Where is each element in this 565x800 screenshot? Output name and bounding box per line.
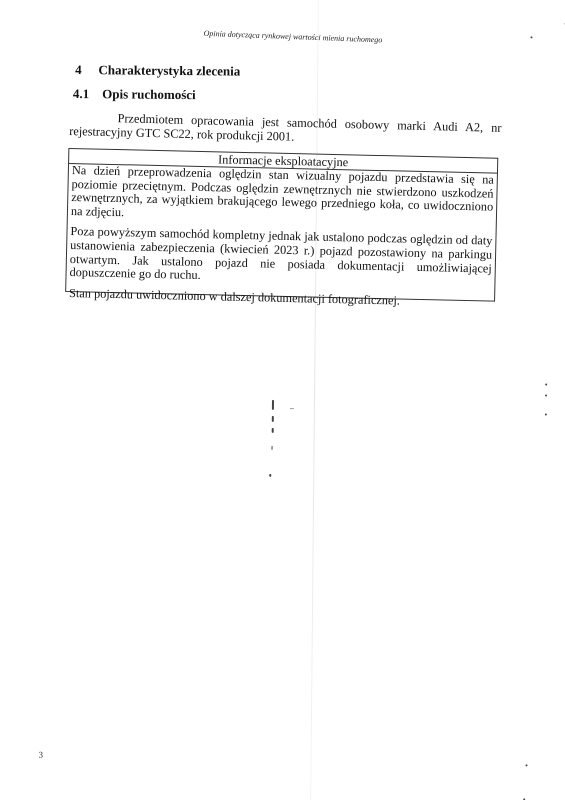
subsection-number: 4.1 [73,86,99,102]
info-paragraph: Na dzień przeprowadzenia oględzin stan w… [71,164,494,228]
info-paragraph: Poza powyższym samochód kompletny jednak… [69,225,492,289]
subsection-heading: 4.1 Opis ruchomości [73,86,196,103]
scan-artifact [272,416,274,422]
scan-artifact [545,414,547,416]
section-number: 4 [75,62,95,78]
info-box-body: Na dzień przeprowadzenia oględzin stan w… [66,164,497,310]
info-box: Informacje eksploatacyjne Na dzień przep… [65,148,498,302]
scan-artifact [530,36,532,38]
intro-text: Przedmiotem opracowania jest samochód os… [69,111,502,143]
running-header: Opinia dotycząca rynkowej wartości mieni… [203,29,382,45]
scan-artifact [272,428,274,433]
info-paragraph: Stan pojazdu uwidoczniono w dalszej doku… [69,287,491,310]
scan-artifact [269,474,271,477]
paragraph-indent [69,121,117,122]
section-title: Charakterystyka zlecenia [98,62,240,78]
document-page: Opinia dotycząca rynkowej wartości mieni… [0,0,565,800]
subsection-title: Opis ruchomości [102,86,196,102]
scan-artifact [290,408,294,409]
scan-artifact [545,384,547,386]
scan-artifact [272,400,274,410]
scan-artifact [545,395,547,397]
section-heading: 4 Charakterystyka zlecenia [75,62,240,80]
intro-paragraph: Przedmiotem opracowania jest samochód os… [69,110,502,149]
page-number: 3 [39,750,44,760]
scan-artifact [272,446,273,450]
scan-artifact [525,764,527,766]
